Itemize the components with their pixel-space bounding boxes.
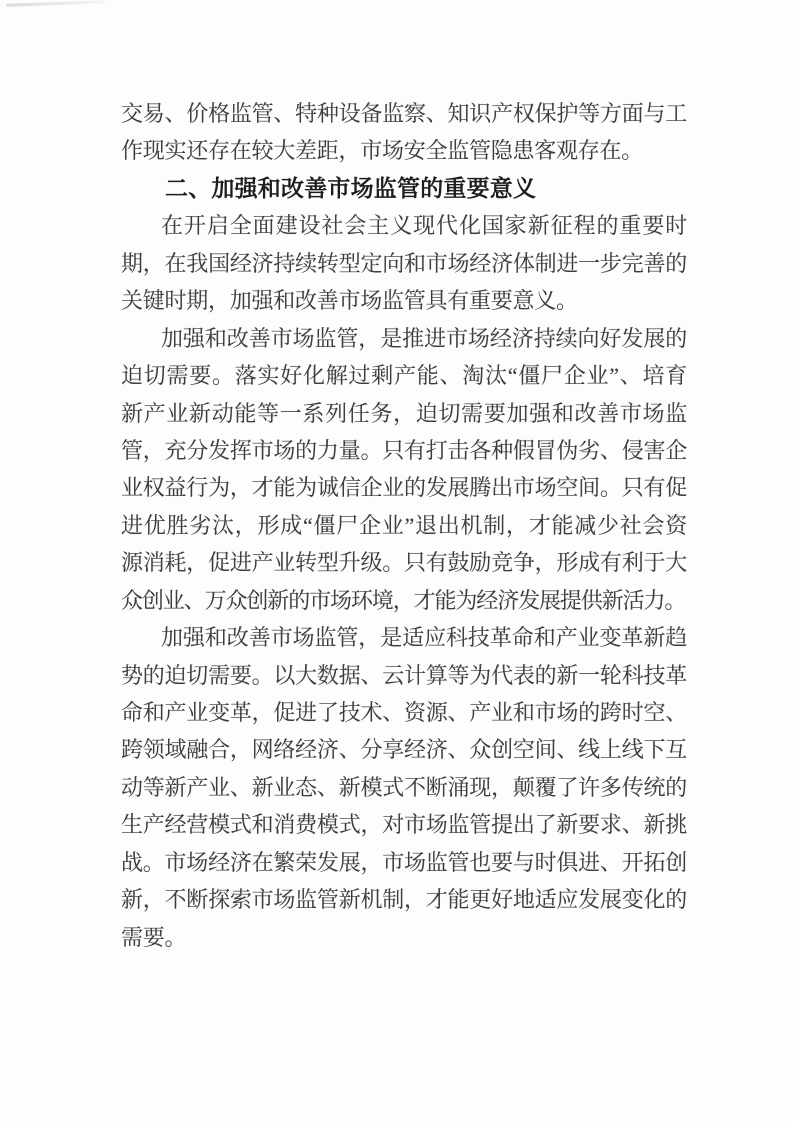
- document-body: 交易、价格监管、特种设备监察、知识产权保护等方面与工 作现实还存在较大差距，市场…: [121, 95, 687, 956]
- text-line: 交易、价格监管、特种设备监察、知识产权保护等方面与工: [121, 95, 687, 132]
- text-line: 期，在我国经济持续转型定向和市场经济体制进一步完善的: [121, 245, 687, 282]
- text-line: 加强和改善市场监管，是适应科技革命和产业变革新趋: [121, 619, 687, 656]
- text-line: 新产业新动能等一系列任务，迫切需要加强和改善市场监: [121, 395, 687, 432]
- text-line: 迫切需要。落实好化解过剩产能、淘汰“僵尸企业”、培育: [121, 357, 687, 394]
- text-line: 需要。: [121, 919, 687, 956]
- text-line: 生产经营模式和消费模式，对市场监管提出了新要求、新挑: [121, 806, 687, 843]
- scan-artifact: [6, 0, 106, 6]
- text-line: 战。市场经济在繁荣发展，市场监管也要与时俱进、开拓创: [121, 844, 687, 881]
- text-line: 众创业、万众创新的市场环境，才能为经济发展提供新活力。: [121, 582, 687, 619]
- text-line: 动等新产业、新业态、新模式不断涌现，颠覆了许多传统的: [121, 769, 687, 806]
- text-line: 跨领域融合，网络经济、分享经济、众创空间、线上线下互: [121, 731, 687, 768]
- section-heading: 二、加强和改善市场监管的重要意义: [121, 170, 687, 207]
- text-line: 作现实还存在较大差距，市场安全监管隐患客观存在。: [121, 132, 687, 169]
- text-line: 管，充分发挥市场的力量。只有打击各种假冒伪劣、侵害企: [121, 432, 687, 469]
- text-line: 关键时期，加强和改善市场监管具有重要意义。: [121, 282, 687, 319]
- text-line: 源消耗，促进产业转型升级。只有鼓励竞争，形成有利于大: [121, 544, 687, 581]
- text-line: 势的迫切需要。以大数据、云计算等为代表的新一轮科技革: [121, 657, 687, 694]
- text-line: 新，不断探索市场监管新机制，才能更好地适应发展变化的: [121, 881, 687, 918]
- text-line: 业权益行为，才能为诚信企业的发展腾出市场空间。只有促: [121, 469, 687, 506]
- text-line: 命和产业变革，促进了技术、资源、产业和市场的跨时空、: [121, 694, 687, 731]
- text-line: 进优胜劣汰，形成“僵尸企业”退出机制，才能减少社会资: [121, 507, 687, 544]
- text-line: 加强和改善市场监管，是推进市场经济持续向好发展的: [121, 320, 687, 357]
- document-page: 交易、价格监管、特种设备监察、知识产权保护等方面与工 作现实还存在较大差距，市场…: [0, 0, 793, 1121]
- text-line: 在开启全面建设社会主义现代化国家新征程的重要时: [121, 207, 687, 244]
